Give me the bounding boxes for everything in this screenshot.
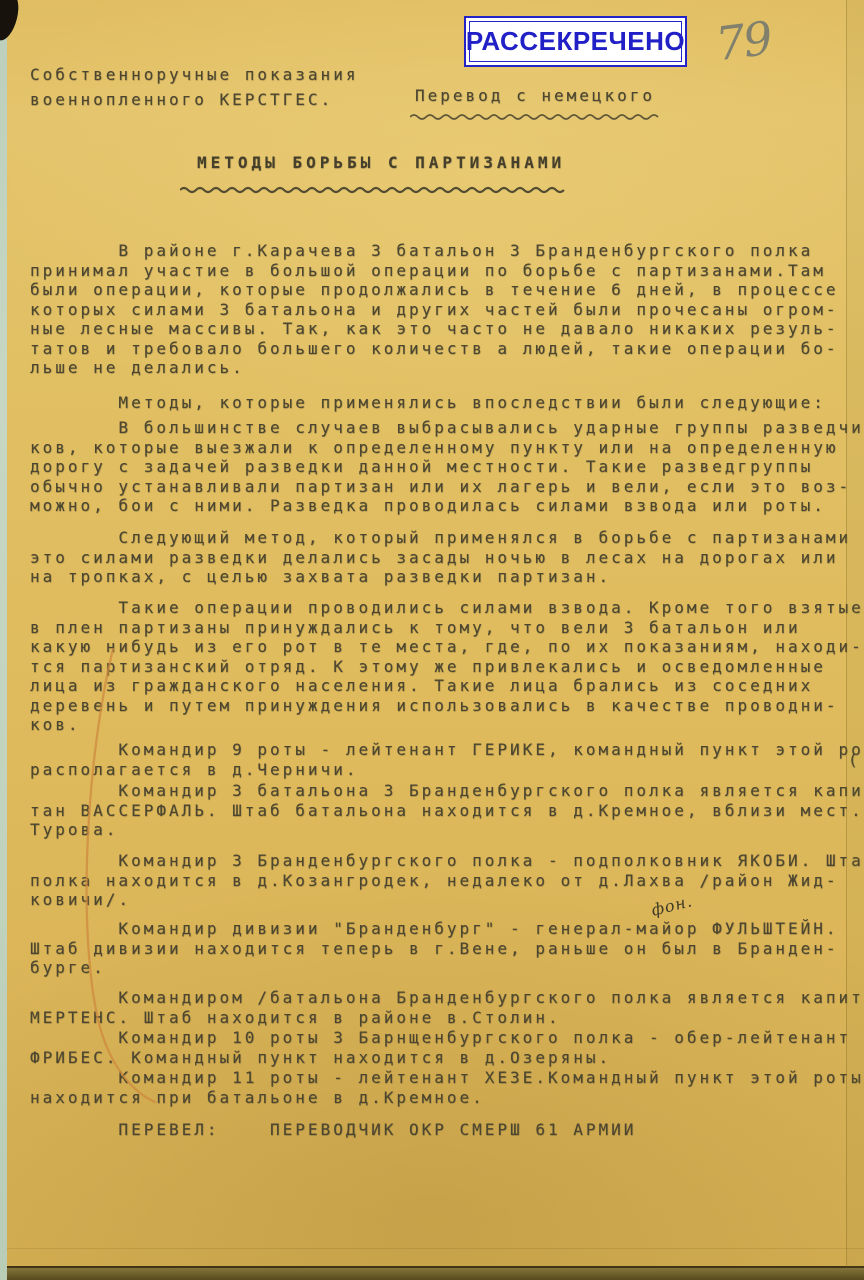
paragraph: В районе г.Карачева 3 батальон 3 Бранден… bbox=[30, 241, 839, 378]
paragraph: Командир 3 Бранденбургского полка - подп… bbox=[30, 851, 864, 910]
page-title: МЕТОДЫ БОРЬБЫ С ПАРТИЗАНАМИ bbox=[197, 153, 565, 173]
paragraph: Методы, которые применялись впоследствии… bbox=[30, 393, 826, 413]
scanner-left-edge bbox=[0, 0, 7, 1280]
paragraph: Командир 11 роты - лейтенант ХЕЗЕ.Команд… bbox=[30, 1068, 864, 1107]
paragraph: Следующий метод, который применялся в бо… bbox=[30, 528, 864, 587]
page-right-edge-shade bbox=[847, 0, 864, 1268]
stamp-text: РАССЕКРЕЧЕНО bbox=[466, 26, 685, 57]
paragraph: Командир дивизии "Бранденбург" - генерал… bbox=[30, 919, 839, 978]
scanner-bottom-strip bbox=[4, 1268, 864, 1280]
header-right: Перевод с немецкого bbox=[415, 86, 655, 106]
translator-line: ПЕРЕВЕЛ: ПЕРЕВОДЧИК ОКР СМЕРШ 61 АРМИИ bbox=[30, 1120, 636, 1140]
header-left: Собственноручные показания военнопленног… bbox=[30, 62, 358, 112]
paragraph: Командир 10 роты 3 Барнщенбургского полк… bbox=[30, 1028, 851, 1067]
paragraph: Командир 3 батальона 3 Бранденбургского … bbox=[30, 781, 864, 840]
paragraph: Командир 9 роты - лейтенант ГЕРИКЕ, кома… bbox=[30, 740, 864, 779]
paper-fold-line bbox=[7, 1248, 864, 1249]
handwritten-page-number: 79 bbox=[713, 11, 774, 71]
paragraph: Такие операции проводились силами взвода… bbox=[30, 598, 864, 735]
stamp-inner-border: РАССЕКРЕЧЕНО bbox=[469, 21, 682, 62]
paragraph: Командиром /батальона Бранденбургского п… bbox=[30, 988, 864, 1027]
declassified-stamp: РАССЕКРЕЧЕНО bbox=[464, 16, 687, 67]
paragraph: В большинстве случаев выбрасывались удар… bbox=[30, 418, 864, 516]
